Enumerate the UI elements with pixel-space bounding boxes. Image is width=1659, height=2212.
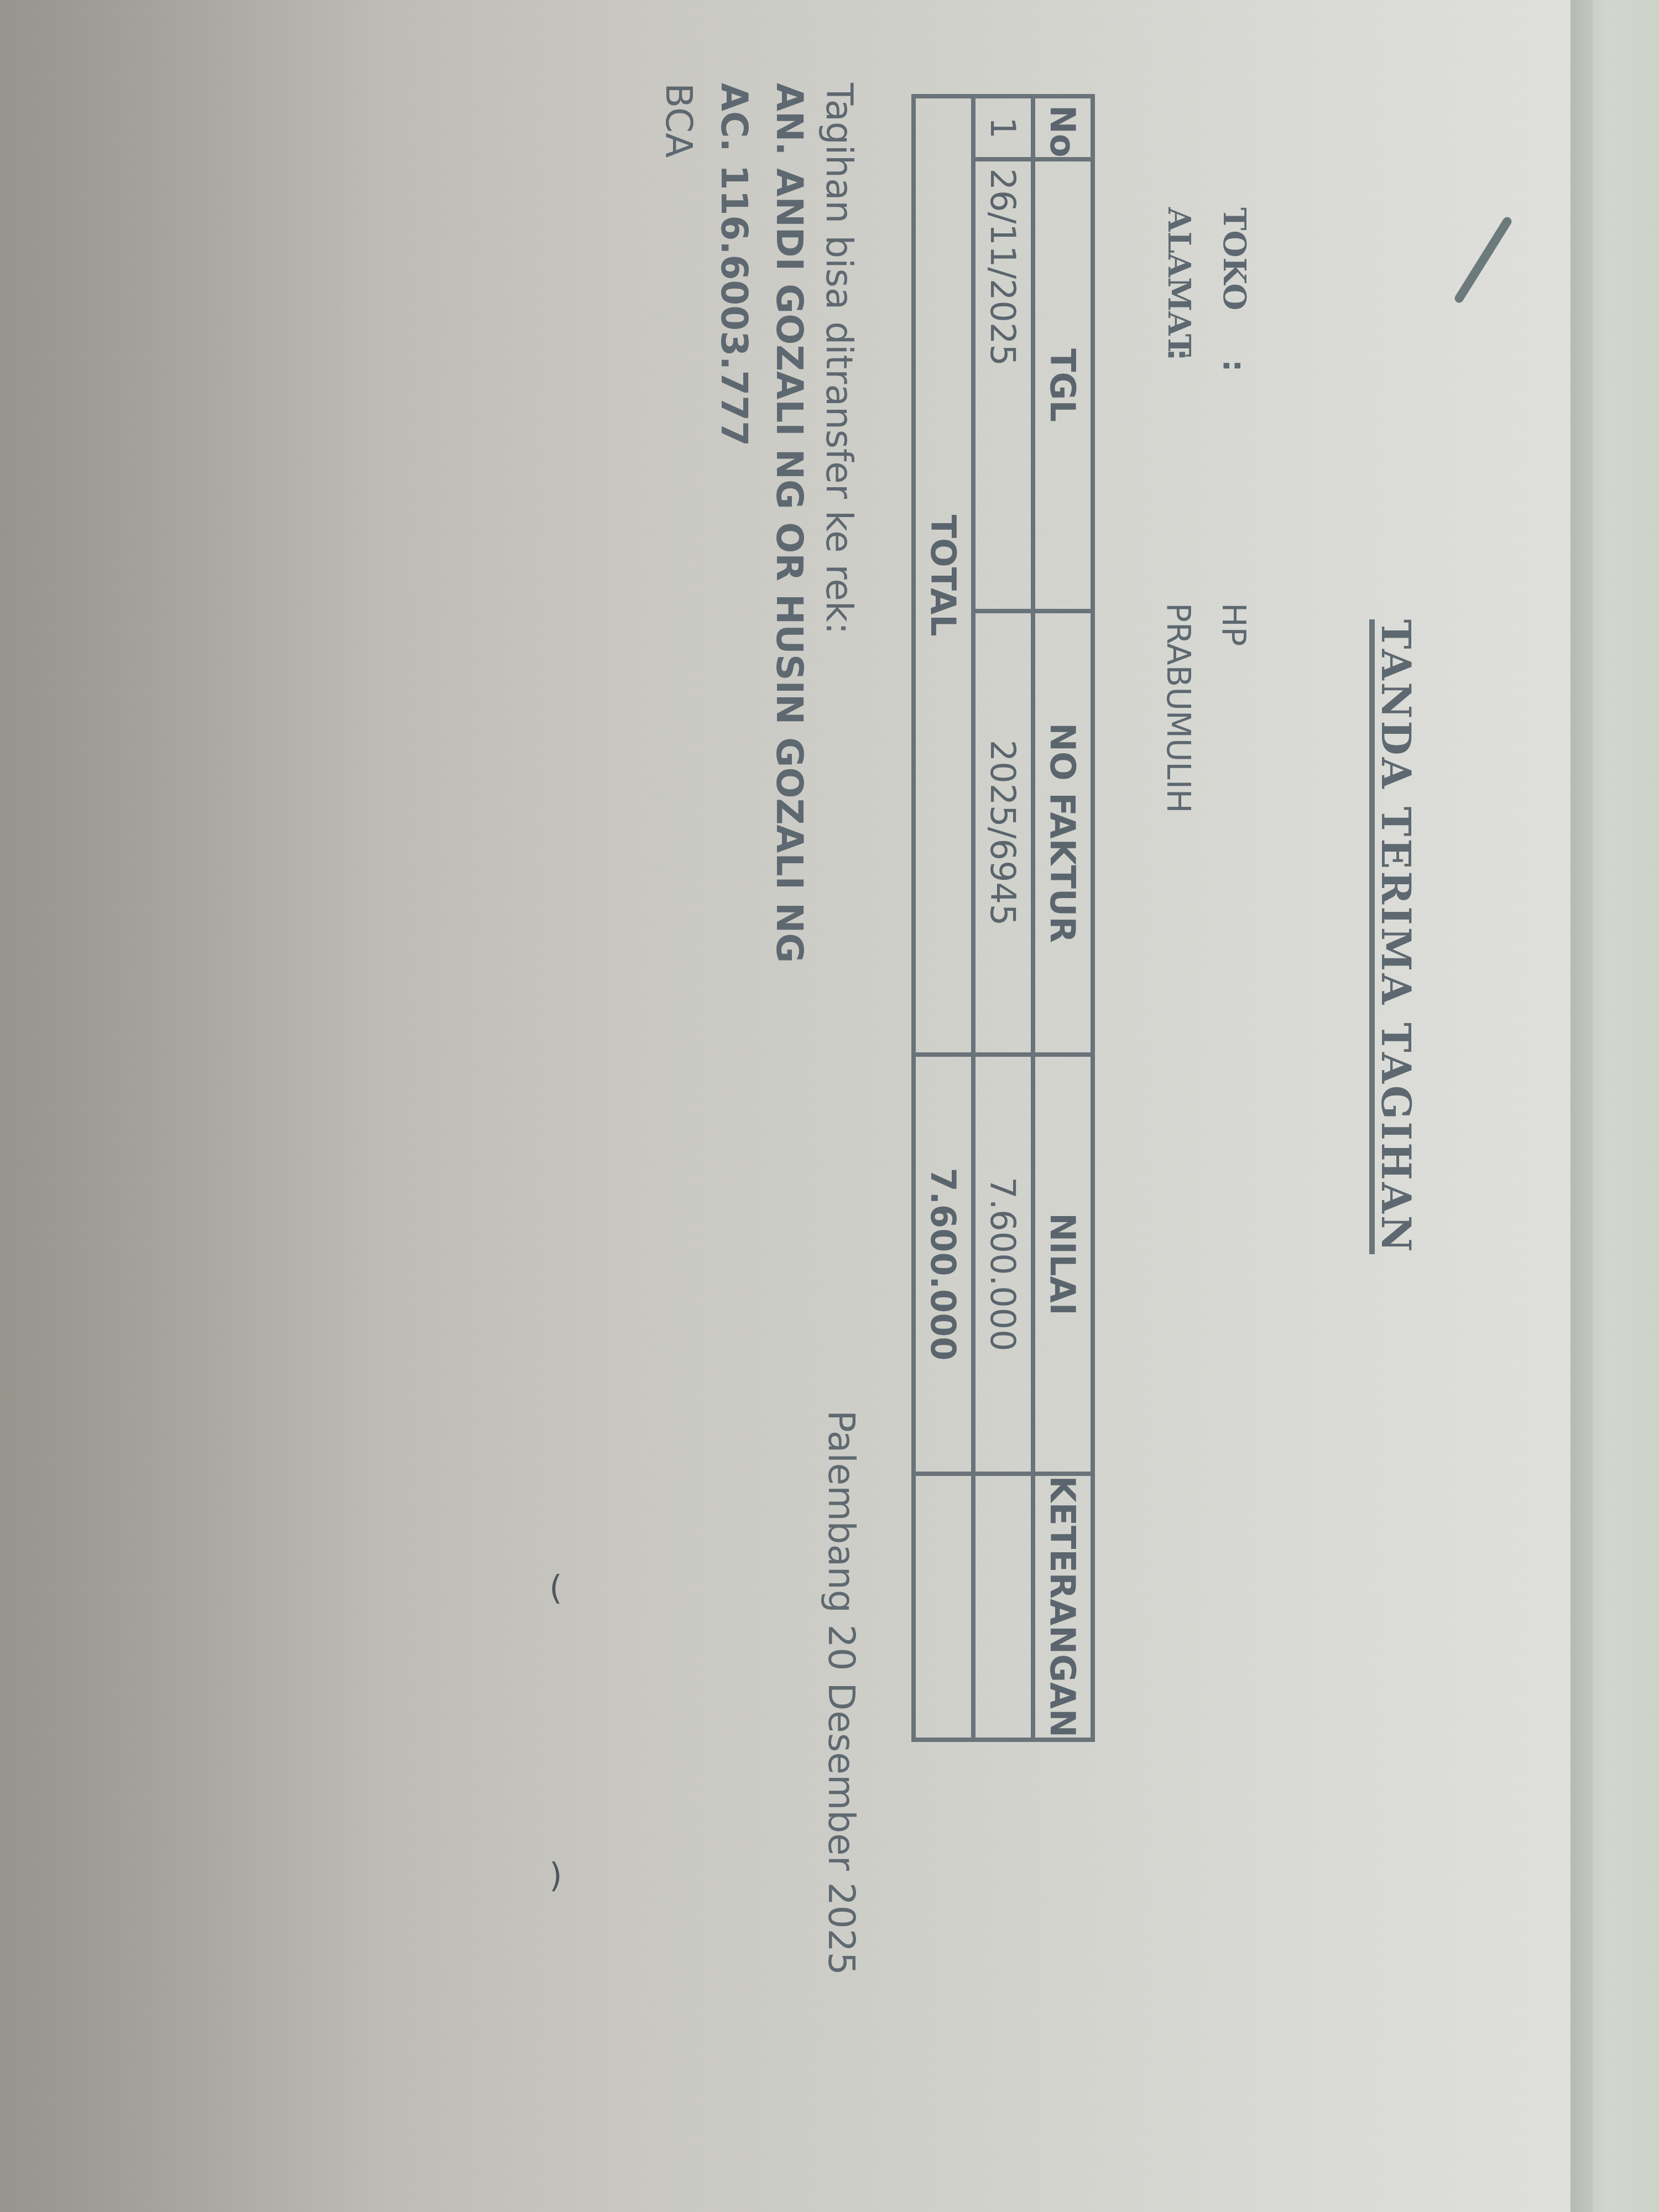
cell-nilai: 7.600.000 — [973, 1055, 1033, 1473]
total-label: TOTAL — [914, 96, 973, 1055]
cell-no: 1 — [973, 96, 1033, 159]
document-title: TANDA TERIMA TAGIHAN — [1369, 619, 1416, 1254]
total-keterangan — [914, 1474, 973, 1740]
desk-edge — [1571, 0, 1659, 2212]
header-no: No — [1033, 96, 1093, 159]
signature-open-paren: ( — [549, 1569, 562, 1608]
header-no-faktur: NO FAKTUR — [1033, 611, 1093, 1055]
place-date: Palembang 20 Desember 2025 — [820, 1410, 863, 1975]
header-keterangan: KETERANGAN — [1033, 1474, 1093, 1740]
bank-name: BCA — [660, 83, 697, 158]
invoice-table: No TGL NO FAKTUR NILAI KETERANGAN 1 26/1… — [911, 94, 1095, 1742]
receipt-document: TANDA TERIMA TAGIHAN TOKO : HP ALAMAT : … — [0, 0, 1582, 2212]
table-header-row: No TGL NO FAKTUR NILAI KETERANGAN — [1033, 96, 1093, 1740]
total-row: TOTAL 7.600.000 — [914, 96, 973, 1740]
pen-mark — [1453, 215, 1514, 304]
toko-label: TOKO — [1219, 207, 1250, 310]
table-row: 1 26/11/2025 2025/6945 7.600.000 — [973, 96, 1033, 1740]
header-nilai: NILAI — [1033, 1055, 1093, 1473]
header-tgl: TGL — [1033, 159, 1093, 611]
total-value: 7.600.000 — [914, 1055, 973, 1473]
signature-close-paren: ) — [549, 1856, 562, 1895]
transfer-intro: Tagihan bisa ditransfer ke rek: — [821, 83, 857, 634]
toko-separator: : — [1216, 359, 1252, 372]
account-name: AN. ANDI GOZALI NG OR HUSIN GOZALI NG — [771, 83, 807, 963]
alamat-value: PRABUMULIH — [1162, 603, 1194, 813]
alamat-separator: : — [1161, 348, 1197, 361]
toko-value: HP — [1218, 603, 1250, 646]
cell-no-faktur: 2025/6945 — [973, 611, 1033, 1055]
cell-tgl: 26/11/2025 — [973, 159, 1033, 611]
cell-keterangan — [973, 1474, 1033, 1740]
account-number: AC. 116.6003.777 — [716, 83, 752, 446]
alamat-label: ALAMAT — [1164, 207, 1194, 357]
